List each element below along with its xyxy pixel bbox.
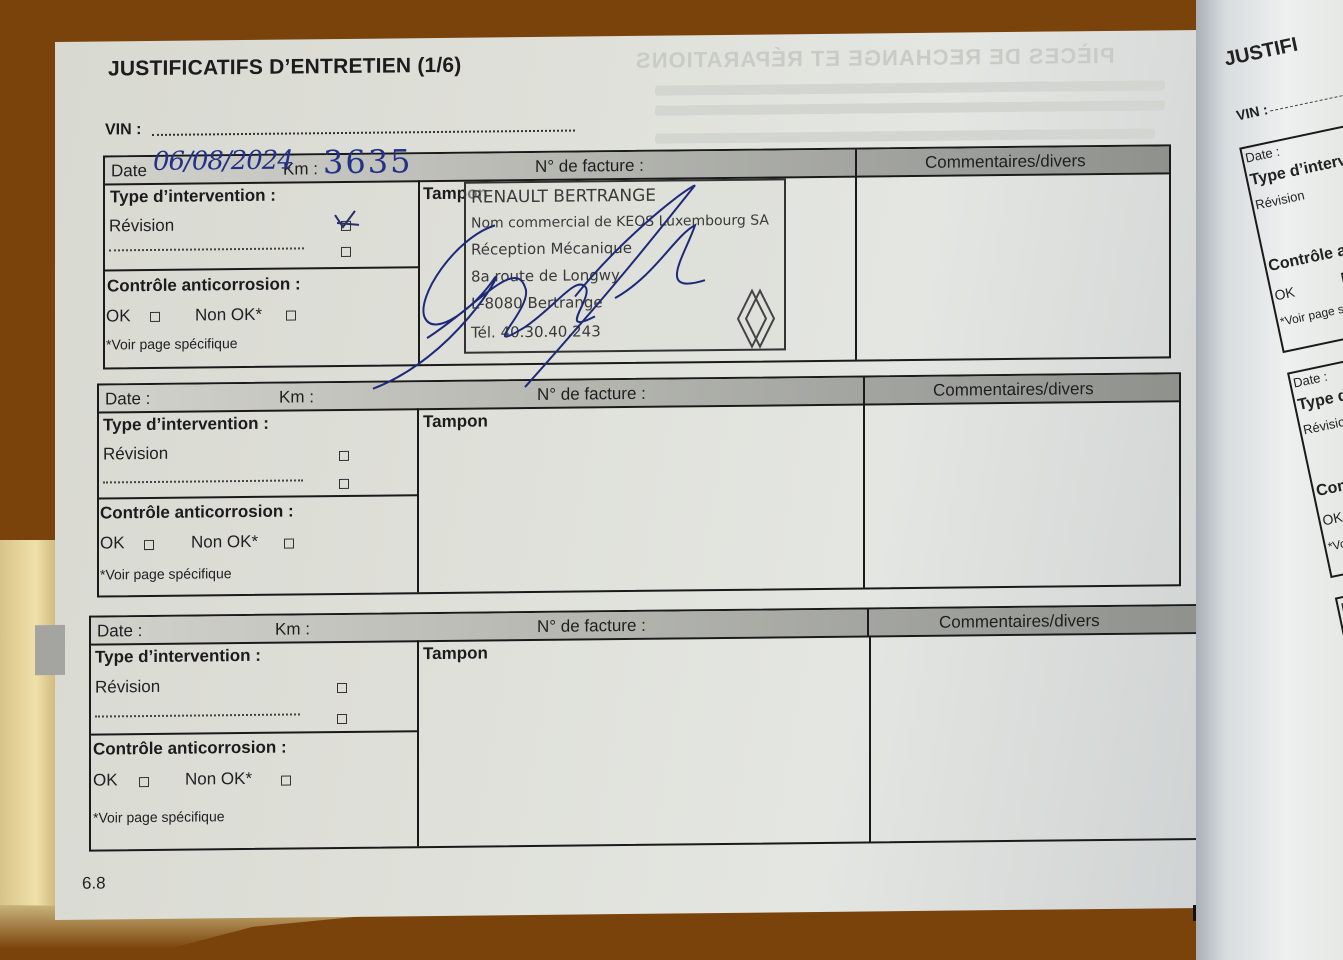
maintenance-log-page: PIÈCES DE RECHANGE ET RÉPARATIONS JUSTIF… (55, 30, 1200, 920)
facing-entry-2: Date : Type d’interver Révision Contrôle… (1287, 319, 1343, 578)
intervention-section: Type d’intervention : Révision Contrôle … (99, 408, 419, 595)
non-ok-label: Non OK* (191, 532, 258, 553)
see-page-note: *Voir page spécifique (106, 335, 238, 352)
renault-diamond-icon (734, 288, 778, 348)
date-label: Date : (105, 389, 150, 409)
facing-page: JUSTIFI VIN : Date : Type d’intervent Ré… (1196, 0, 1343, 960)
km-label: Km : (275, 619, 310, 639)
ok-label: OK (93, 770, 118, 790)
revision-label: Révision (103, 444, 168, 465)
invoice-label: N° de facture : (537, 384, 646, 405)
vin-field[interactable] (152, 118, 575, 136)
intervention-type-label: Type d’intervention : (95, 646, 261, 668)
other-intervention-field[interactable] (103, 475, 303, 483)
stamp-label: Tampon (423, 643, 488, 664)
km-value[interactable]: 3635 (323, 142, 412, 181)
revision-label: Révision (95, 677, 160, 698)
date-value[interactable]: 06/08/2024 (153, 146, 293, 177)
anticorrosion-label: Contrôle anticorrosion : (107, 274, 301, 296)
page-number: 6.8 (82, 873, 106, 893)
revision-checkbox[interactable] (341, 221, 351, 231)
comments-area[interactable] (865, 374, 1179, 587)
bleed-through-text (655, 128, 1155, 143)
ok-label: OK (100, 533, 125, 553)
bleed-through-text (655, 100, 1165, 115)
ok-checkbox[interactable] (150, 312, 160, 322)
non-ok-label: Non OK* (185, 769, 252, 790)
other-checkbox[interactable] (341, 247, 351, 257)
anticorrosion-label: Contrôle anticorrosion : (93, 738, 287, 760)
section-tab-marker (35, 625, 65, 675)
other-checkbox[interactable] (339, 479, 349, 489)
ok-label: OK (106, 306, 131, 326)
stamp-section: Tampon RENAULT BERTRANGE Nom commercial … (418, 176, 857, 365)
page-title: JUSTIFICATIFS D’ENTRETIEN (1/6) (108, 54, 462, 82)
maintenance-entry-1: Date Km : N° de facture : Commentaires/d… (103, 144, 1171, 369)
non-ok-checkbox[interactable] (286, 310, 296, 320)
invoice-label: N° de facture : (537, 616, 646, 637)
date-label: Date (111, 161, 147, 181)
facing-entry-1: Date : Type d’intervent Révision Contrôl… (1239, 94, 1343, 353)
dealer-stamp: RENAULT BERTRANGE Nom commercial de KEOS… (464, 178, 786, 353)
ok-checkbox[interactable] (139, 777, 149, 787)
bleed-through-heading: PIÈCES DE RECHANGE ET RÉPARATIONS (635, 43, 1115, 74)
revision-checkbox[interactable] (337, 683, 347, 693)
intervention-type-label: Type d’intervention : (103, 414, 269, 436)
anticorrosion-label: Contrôle anticorrosion : (100, 502, 294, 524)
non-ok-checkbox[interactable] (284, 538, 294, 548)
stamp-section[interactable]: Tampon (417, 404, 865, 593)
facing-vin-label: VIN : (1235, 101, 1270, 123)
other-intervention-field[interactable] (109, 243, 304, 251)
km-label: Km : (279, 387, 314, 407)
stamp-section[interactable]: Tampon (417, 635, 871, 846)
maintenance-entry-3: Date : Km : N° de facture : Commentaires… (89, 604, 1203, 852)
stamp-label: Tampon (423, 411, 488, 432)
comments-area[interactable] (857, 146, 1169, 359)
facing-entry-3: Date : Type d’interve Révision Contrôle … (1335, 544, 1343, 813)
bleed-through-text (655, 80, 1165, 95)
date-label: Date : (97, 621, 142, 641)
non-ok-checkbox[interactable] (281, 776, 291, 786)
see-page-note: *Voir page spécifique (100, 565, 232, 582)
maintenance-entry-2: Date : Km : N° de facture : Commentaires… (97, 372, 1181, 597)
intervention-section: Type d’intervention : Révision Contrôle … (91, 640, 419, 849)
non-ok-label: Non OK* (195, 305, 262, 326)
revision-checkbox[interactable] (339, 451, 349, 461)
see-page-note: *Voir page spécifique (93, 808, 225, 825)
vin-label: VIN : (105, 121, 141, 139)
revision-label: Révision (109, 216, 174, 237)
ok-checkbox[interactable] (144, 540, 154, 550)
intervention-section: Type d’intervention : Révision Contrôle … (105, 180, 420, 367)
invoice-label: N° de facture : (535, 156, 644, 177)
book-edge (0, 540, 60, 960)
other-checkbox[interactable] (337, 714, 347, 724)
intervention-type-label: Type d’intervention : (110, 186, 276, 208)
facing-title: JUSTIFI (1222, 34, 1300, 72)
other-intervention-field[interactable] (95, 709, 300, 717)
comments-area[interactable] (871, 606, 1201, 841)
